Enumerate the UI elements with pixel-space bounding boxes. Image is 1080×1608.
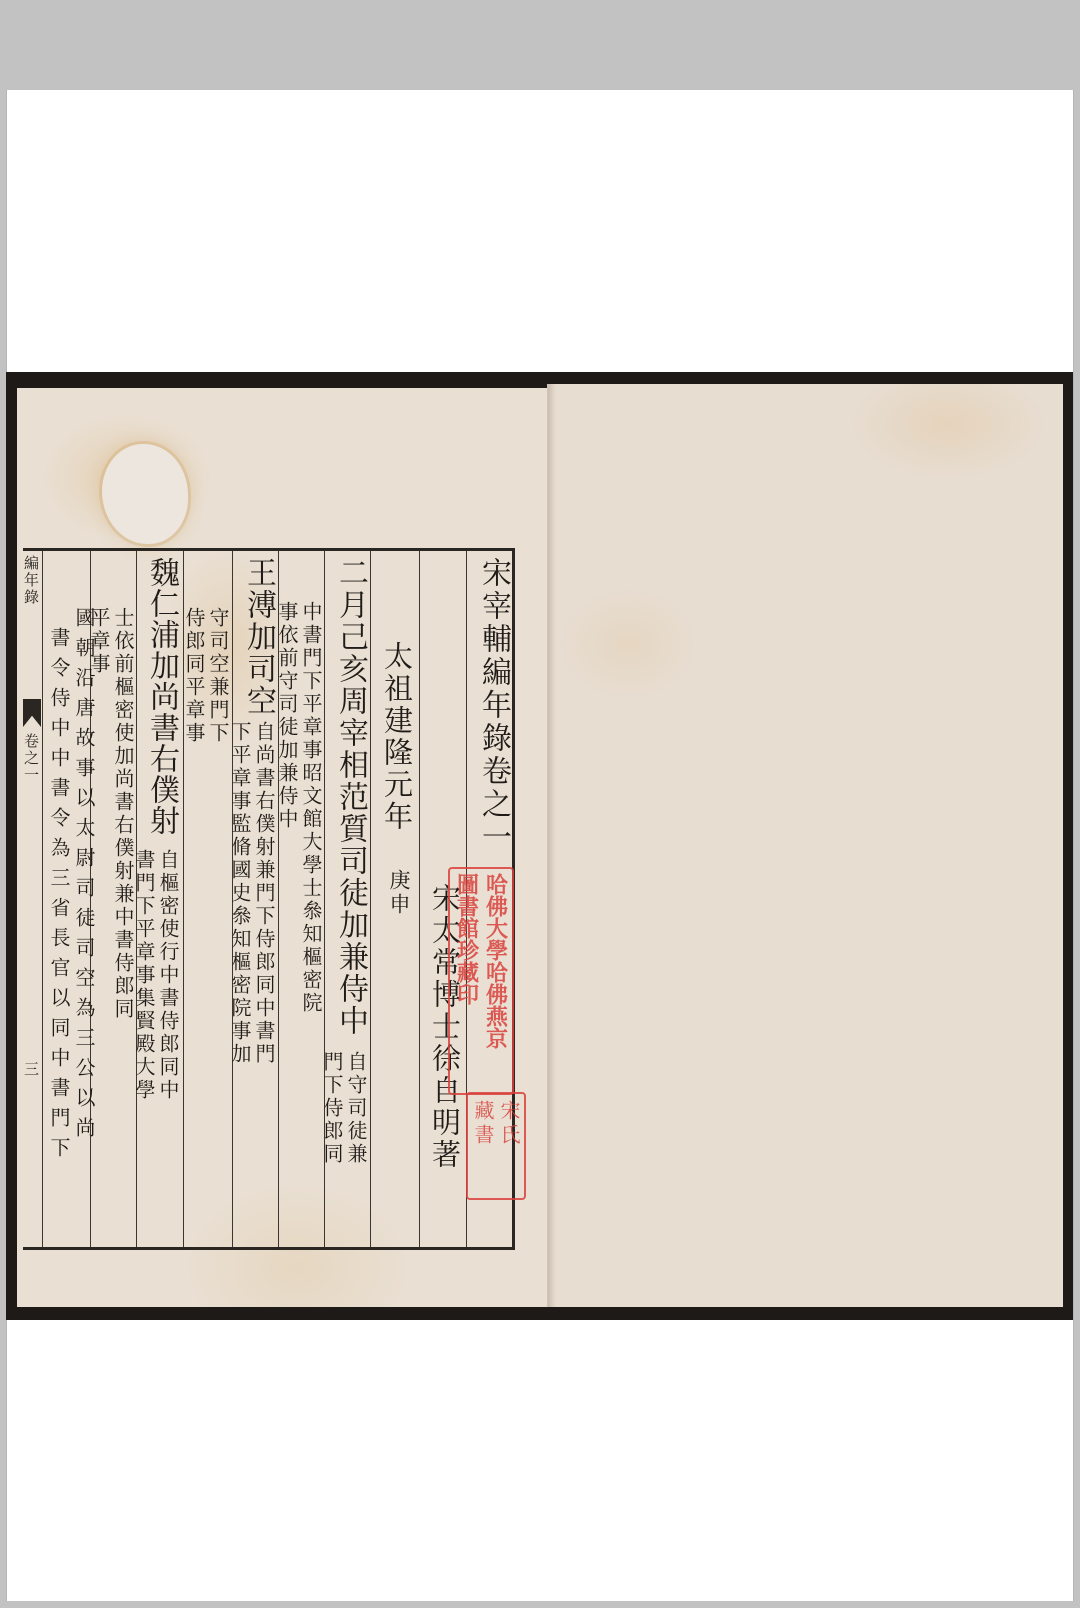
seal-line: 藏書 xyxy=(472,1100,494,1192)
book-scan: 編年錄 卷之一 三 宋宰輔編年錄卷之一 宋太常博士徐自明著 太祖建隆元年 庚申 xyxy=(6,372,1073,1320)
entry-main-text: 魏仁浦加尚書右僕射 xyxy=(139,557,183,836)
column-rule xyxy=(42,551,43,1247)
note-line: 自樞密使行中書侍郎同中 xyxy=(161,849,183,1102)
printed-block-frame: 編年錄 卷之一 三 宋宰輔編年錄卷之一 宋太常博士徐自明著 太祖建隆元年 庚申 xyxy=(23,548,515,1250)
viewer-top-bar xyxy=(0,0,1080,90)
fish-tail-mark xyxy=(23,699,41,727)
fold-margin: 編年錄 卷之一 三 xyxy=(23,551,41,1247)
entry-note: 自尚書右僕射兼門下侍郎同中書門 下平章事監脩國史叅知樞密院事加 xyxy=(233,721,279,1066)
gutter-shadow xyxy=(548,384,556,1307)
entry-note: 中書門下平章事昭文館大學士叅知樞密院 事依前守司徒加兼侍中 xyxy=(280,601,326,1015)
collector-seal: 宋氏 藏書 xyxy=(466,1092,526,1200)
note-line: 自尚書右僕射兼門下侍郎同中書門 xyxy=(257,721,279,1066)
note-line: 士依前樞密使加尚書右僕射兼中書侍郎同 xyxy=(116,607,138,1021)
left-page: 編年錄 卷之一 三 宋宰輔編年錄卷之一 宋太常博士徐自明著 太祖建隆元年 庚申 xyxy=(17,388,547,1307)
book-title-column: 宋宰輔編年錄卷之一 xyxy=(471,557,515,854)
right-page-blank xyxy=(547,384,1063,1307)
harvard-yenching-library-seal: 哈佛大學哈佛燕京 圖書館珍藏印 xyxy=(448,867,514,1095)
water-stain xyxy=(102,444,188,544)
fold-margin-page-number: 三 xyxy=(24,1061,40,1078)
entry-note: 自守司徒兼 門下侍郎同 xyxy=(325,1051,371,1166)
note-line: 中書門下平章事昭文館大學士叅知樞密院 xyxy=(304,601,326,1015)
reign-heading: 太祖建隆元年 xyxy=(377,641,418,833)
fold-margin-volume: 卷之一 xyxy=(24,733,40,784)
entry-main-text: 王溥加司空 xyxy=(236,557,280,717)
commentary-line: 書令侍中中書令為三省長官以同中書門下 xyxy=(45,627,74,1167)
commentary-line: 國朝沿唐故事以太尉司徒司空為三公以尚 xyxy=(70,607,99,1147)
seal-line: 宋氏 xyxy=(498,1100,520,1192)
note-line: 守司空兼門下 xyxy=(211,607,233,745)
reign-heading-note: 庚申 xyxy=(384,869,414,917)
entry-main-text: 二月己亥周宰相范質司徒加兼侍中 xyxy=(328,557,372,1037)
entry-note: 自樞密使行中書侍郎同中 書門下平章事集賢殿大學 xyxy=(137,849,183,1102)
note-line: 自守司徒兼 xyxy=(349,1051,371,1166)
seal-line: 哈佛大學哈佛燕京 xyxy=(483,873,509,1089)
fold-margin-title: 編年錄 xyxy=(24,555,40,606)
column-rule xyxy=(419,551,420,1247)
seal-line: 圖書館珍藏印 xyxy=(454,873,480,1089)
entry-note: 守司空兼門下 侍郎同平章事 xyxy=(187,607,233,745)
